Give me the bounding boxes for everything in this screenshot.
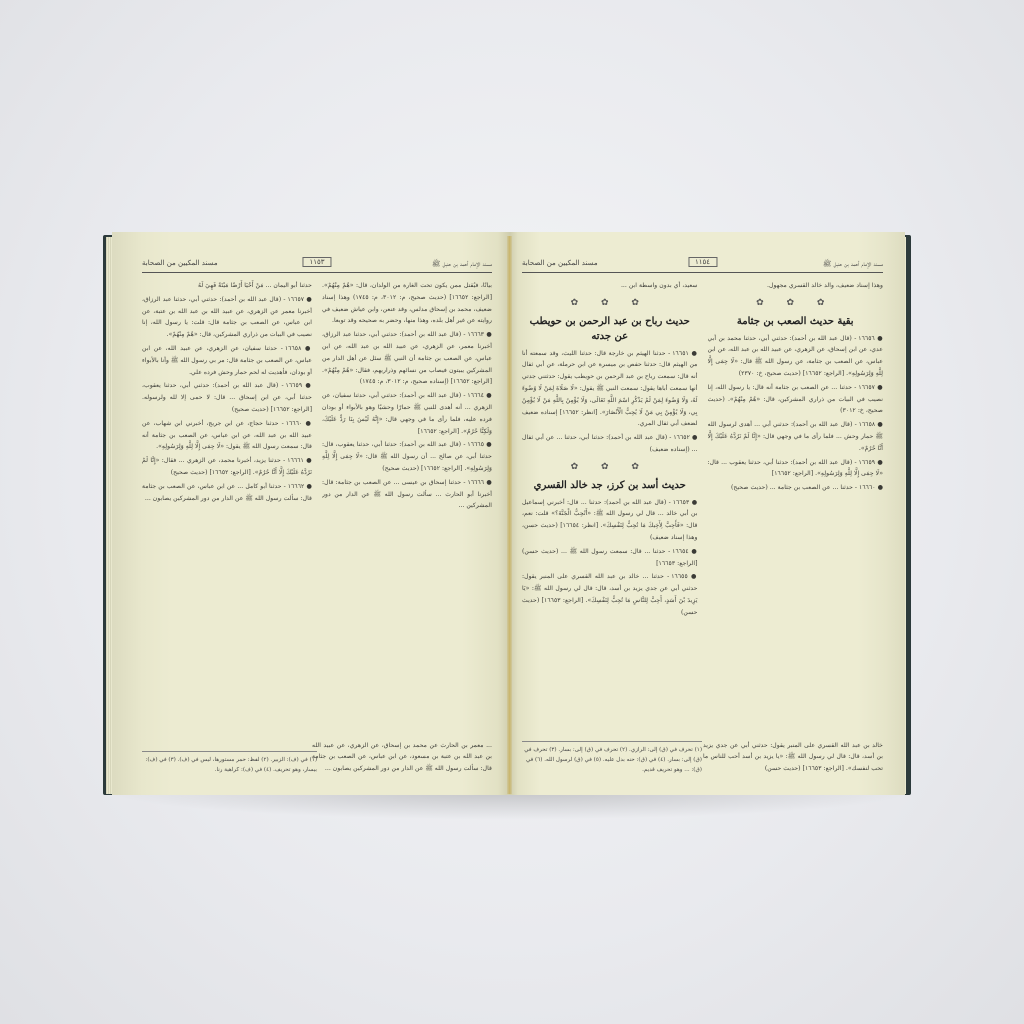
- hadith-entry: ● ١٦٦٦١ - حدثنا يزيد، أخبرنا محمد، عن ال…: [142, 455, 312, 479]
- text-column-left: وهذا إسناد ضعيف، والد خالد القسري مجهول.…: [708, 280, 884, 725]
- header-section-title: مسند المكيين من الصحابة: [142, 259, 218, 267]
- paragraph: حدثنا أبو اليمان ... مَنْ أَحْيَا أَرْضً…: [142, 280, 312, 292]
- page-number: ١١٥٣: [302, 257, 331, 267]
- hadith-entry: ● ١٦٦٥٩ - (قال عبد الله بن أحمد): حدثني …: [142, 380, 312, 415]
- hadith-entry: ● ١٦٦٥٩ - (قال عبد الله بن أحمد): حدثنا …: [708, 457, 884, 481]
- footnotes: (١) في (ف): الزبير. (٢) لفظ: حمر مستورها…: [142, 751, 317, 775]
- right-page: مسند الإمام أحمد بن حنبل ﷺ ١١٥٤ مسند الم…: [510, 232, 905, 795]
- book-gutter: [507, 236, 512, 794]
- right-page-header: مسند الإمام أحمد بن حنبل ﷺ ١١٥٤ مسند الم…: [522, 256, 883, 273]
- hadith-entry: ● ١٦٦٥٤ - حدثنا ... قال: سمعت رسول الله …: [522, 546, 698, 570]
- hadith-entry: ● ١٦٦٦٣ - (قال عبد الله بن أحمد): حدثني …: [322, 329, 492, 388]
- footnotes: (١) تحرف في (ق) إلى: الرازي. (٢) تحرف في…: [522, 741, 702, 775]
- hadith-entry: ● ١٦٦٥٨ - (قال عبد الله بن أحمد): حدثني …: [708, 419, 884, 454]
- hadith-entry: ● ١٦٦٦٠ - حدثنا حجاج، عن ابن جريج، أخبرن…: [142, 418, 312, 453]
- hadith-entry: ● ١٦٦٥٦ - (قال عبد الله بن أحمد): حدثني …: [708, 333, 884, 380]
- text-column-right: حدثنا أبو اليمان ... مَنْ أَحْيَا أَرْضً…: [142, 280, 312, 725]
- section-title: بقية حديث الصعب بن جثامة: [708, 314, 884, 329]
- bottom-text-block: ... معمر بن الحارث عن محمد بن إسحاق، عن …: [312, 740, 492, 775]
- note: وهذا إسناد ضعيف، والد خالد القسري مجهول.: [708, 280, 884, 292]
- header-book-title: مسند الإمام أحمد بن حنبل ﷺ: [432, 259, 492, 270]
- hadith-entry: ● ١٦٦٥٧ - حدثنا ... عن الصعب بن جثامة أن…: [708, 382, 884, 417]
- header-section-title: مسند المكيين من الصحابة: [522, 259, 598, 267]
- section-title: حديث رباح بن عبد الرحمن بن حويطب عن جدته: [522, 314, 698, 344]
- left-page-columns: حدثنا أبو اليمان ... مَنْ أَحْيَا أَرْضً…: [142, 280, 492, 725]
- ornament-divider: ✿ ✿ ✿: [522, 462, 698, 474]
- hadith-entry: ● ١٦٦٦٤ - (قال عبد الله بن أحمد): حدثني …: [322, 390, 492, 437]
- hadith-entry: ● ١٦٦٦٠ - حدثنا ... عن الصعب بن جثامة ..…: [708, 482, 884, 494]
- hadith-entry: ● ١٦٦٥١ - حدثنا الهيثم بن خارجة قال: حدث…: [522, 348, 698, 431]
- ornament-divider: ✿ ✿ ✿: [708, 298, 884, 310]
- header-book-title: مسند الإمام أحمد بن حنبل ﷺ: [823, 259, 883, 270]
- hadith-entry: ● ١٦٦٥٢ - (قال عبد الله بن أحمد): حدثنا …: [522, 432, 698, 456]
- left-page-header: مسند الإمام أحمد بن حنبل ﷺ ١١٥٣ مسند الم…: [142, 256, 492, 273]
- note: سعيد، أي بدون واسطة ابن ...: [522, 280, 698, 292]
- hadith-entry: ● ١٦٦٥٣ - (قال عبد الله بن أحمد): حدثنا …: [522, 497, 698, 544]
- bottom-text-block: خالد بن عبد الله القسري على المنبر يقول:…: [703, 740, 883, 775]
- paragraph: بياتًا، فيُقتل ممن يكون تحت الغارة من ال…: [322, 280, 492, 327]
- hadith-entry: ● ١٦٦٦٢ - حدثنا أبو كامل ... عن ابن عباس…: [142, 481, 312, 505]
- right-page-columns: سعيد، أي بدون واسطة ابن ... ✿ ✿ ✿ حديث ر…: [522, 280, 883, 725]
- hadith-entry: ● ١٦٦٦٥ - (قال عبد الله بن أحمد): حدثنا …: [322, 439, 492, 474]
- hadith-entry: ● ١٦٦٦٦ - حدثنا إسحاق بن عيسى ... عن الص…: [322, 477, 492, 512]
- text-column-right: سعيد، أي بدون واسطة ابن ... ✿ ✿ ✿ حديث ر…: [522, 280, 698, 725]
- hadith-entry: ● ١٦٦٥٥ - حدثنا ... خالد بن عبد الله الق…: [522, 571, 698, 618]
- section-title: حديث أسد بن كرز، جد خالد القسري: [522, 478, 698, 493]
- left-page: مسند الإمام أحمد بن حنبل ﷺ ١١٥٣ مسند الم…: [112, 232, 510, 795]
- hadith-entry: ● ١٦٦٥٧ - (قال عبد الله بن أحمد): حدثني …: [142, 294, 312, 341]
- ornament-divider: ✿ ✿ ✿: [522, 298, 698, 310]
- hadith-entry: ● ١٦٦٥٨ - حدثنا سفيان، عن الزهري، عن عبي…: [142, 343, 312, 378]
- text-column-left: بياتًا، فيُقتل ممن يكون تحت الغارة من ال…: [322, 280, 492, 725]
- page-number: ١١٥٤: [688, 257, 717, 267]
